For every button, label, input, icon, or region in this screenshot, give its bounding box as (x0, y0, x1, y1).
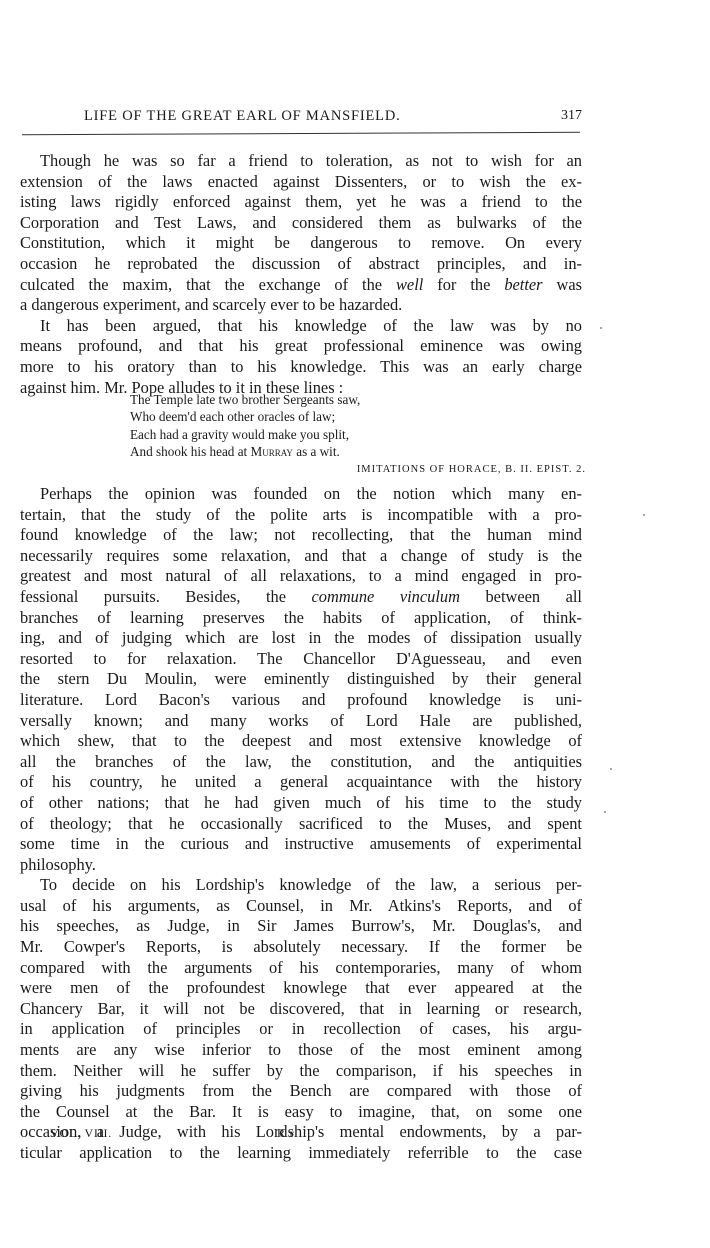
text-line: of other nations; that he had given much… (20, 793, 582, 814)
text-line: ticular application to the learning imme… (20, 1143, 582, 1164)
text-line: usal of his arguments, as Counsel, in Mr… (20, 896, 582, 917)
text-line: branches of learning preserves the habit… (20, 608, 582, 629)
volume-label: VOL. VIII. (50, 1126, 112, 1141)
text-line: It has been argued, that his knowledge o… (20, 316, 582, 337)
text-line: Chancery Bar, it will not be discovered,… (20, 999, 582, 1020)
scan-speck (643, 514, 645, 516)
text-run: between all (460, 587, 582, 606)
scan-speck (600, 327, 602, 329)
italic-phrase-commune-vinculum: commune vinculum (312, 587, 460, 606)
text-line: extension of the laws enacted against Di… (20, 172, 582, 193)
text-line: literature. Lord Bacon's various and pro… (20, 690, 582, 711)
scan-speck (610, 768, 612, 770)
text-line: To decide on his Lordship's knowledge of… (20, 875, 582, 896)
text-line: more to his oratory than to his knowledg… (20, 357, 582, 378)
text-line: greatest and most natural of all relaxat… (20, 566, 582, 587)
text-line: ments are any wise inferior to those of … (20, 1040, 582, 1061)
text-line: all the branches of the law, the constit… (20, 752, 582, 773)
text-block-upper: Though he was so far a friend to tolerat… (20, 151, 582, 398)
running-head-title: LIFE OF THE GREAT EARL OF MANSFIELD. (84, 108, 401, 125)
page-footer: VOL. VIII. R r (20, 1126, 582, 1144)
verse-line: Each had a gravity would make you split, (130, 426, 590, 443)
text-line: were men of the profoundest knowlege tha… (20, 978, 582, 999)
text-line: the stern Du Moulin, were eminently dist… (20, 669, 582, 690)
verse-attribution: IMITATIONS OF HORACE, B. II. EPIST. 2. (130, 461, 590, 478)
text-run: And shook his head at (130, 444, 251, 459)
text-line: some time in the curious and instructive… (20, 834, 582, 855)
text-line: in application of principles or in recol… (20, 1019, 582, 1040)
header-rule (22, 132, 580, 135)
verse-line: The Temple late two brother Sergeants sa… (130, 391, 590, 408)
text-run: was (543, 275, 582, 294)
text-line: found knowledge of the law; not recollec… (20, 525, 582, 546)
text-line: Constitution, which it might be dangerou… (20, 233, 582, 254)
text-run: fessional pursuits. Besides, the (20, 587, 312, 606)
text-line: giving his judgments from the Bench are … (20, 1081, 582, 1102)
text-line: which shew, that to the deepest and most… (20, 731, 582, 752)
text-line: his speeches, as Judge, in Sir James Bur… (20, 916, 582, 937)
text-run: for the (423, 275, 504, 294)
text-run: culcated the maxim, that the exchange of… (20, 275, 396, 294)
running-head: LIFE OF THE GREAT EARL OF MANSFIELD. 317 (20, 108, 582, 130)
text-line: occasion he reprobated the discussion of… (20, 254, 582, 275)
text-line: of his country, he united a general acqu… (20, 772, 582, 793)
text-line: Perhaps the opinion was founded on the n… (20, 484, 582, 505)
text-line: them. Neither will he suffer by the comp… (20, 1061, 582, 1082)
text-block-lower: Perhaps the opinion was founded on the n… (20, 484, 582, 1164)
text-line: Mr. Cowper's Reports, is absolutely nece… (20, 937, 582, 958)
text-run: as a wit. (293, 444, 340, 459)
italic-word-well: well (396, 275, 423, 294)
scan-speck (604, 811, 606, 813)
page-number: 317 (561, 108, 582, 124)
smallcaps-name: Murray (251, 444, 293, 459)
signature-mark: R r (277, 1126, 294, 1141)
text-line: means profound, and that his great profe… (20, 336, 582, 357)
text-line: versally known; and many works of Lord H… (20, 711, 582, 732)
verse-line: And shook his head at Murray as a wit. (130, 443, 590, 460)
text-line: Though he was so far a friend to tolerat… (20, 151, 582, 172)
text-line: culcated the maxim, that the exchange of… (20, 275, 582, 296)
text-line: Corporation and Test Laws, and considere… (20, 213, 582, 234)
text-line: necessarily requires some relaxation, an… (20, 546, 582, 567)
text-line: of theology; that he occasionally sacrif… (20, 814, 582, 835)
italic-word-better: better (504, 275, 542, 294)
verse-quotation: The Temple late two brother Sergeants sa… (130, 391, 590, 478)
text-line: tertain, that the study of the polite ar… (20, 505, 582, 526)
text-line: philosophy. (20, 855, 582, 876)
verse-line: Who deem'd each other oracles of law; (130, 408, 590, 425)
text-line: ing, and of judging which are lost in th… (20, 628, 582, 649)
text-line: the Counsel at the Bar. It is easy to im… (20, 1102, 582, 1123)
text-line: a dangerous experiment, and scarcely eve… (20, 295, 582, 316)
text-line: fessional pursuits. Besides, the commune… (20, 587, 582, 608)
text-line: compared with the arguments of his conte… (20, 958, 582, 979)
text-line: resorted to for relaxation. The Chancell… (20, 649, 582, 670)
text-line: isting laws rigidly enforced against the… (20, 192, 582, 213)
